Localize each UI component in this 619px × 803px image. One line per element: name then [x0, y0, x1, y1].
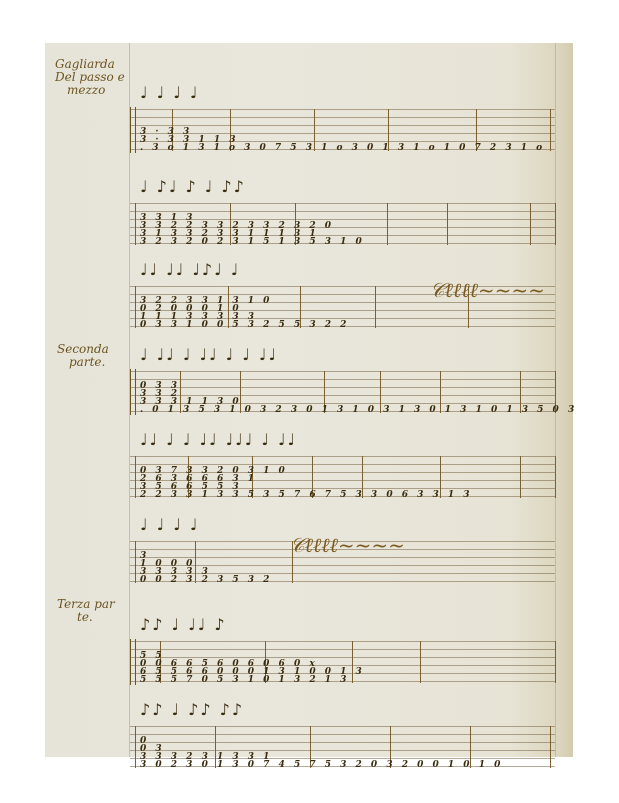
section-title-seconda-parte: Seconda parte.: [57, 343, 109, 369]
staff-line: [130, 379, 555, 380]
staff-line: [130, 456, 555, 457]
label-line: te.: [57, 611, 115, 624]
staff-line: [130, 742, 555, 743]
rhythm-signs: ♪♪ ♩ ♪♪ ♪♪: [140, 700, 244, 719]
rhythm-signs: ♩♩ ♩♩ ♩♪♩ ♩: [140, 260, 240, 279]
staff-line: [130, 387, 555, 388]
barline: [555, 456, 556, 498]
barline: [530, 203, 531, 245]
tab-fret-row: 0 0 2 3 2 3 5 3 2: [140, 576, 272, 585]
staff-line: [130, 117, 555, 118]
barline: [375, 286, 376, 328]
barline: [550, 726, 551, 768]
tablature-system: ♩ ♩ ♩ ♩3 · 3 33 · 3 3 1 1 3. 3 o 1 3 1 o…: [130, 81, 555, 161]
rhythm-signs: ♩♩ ♩ ♩ ♩♩ ♩♩♩ ♩ ♩♩: [140, 430, 297, 449]
barline: [420, 641, 421, 683]
end-flourish-ornament: 𝒞ℓℓℓℓ~~~~: [430, 278, 545, 303]
staff-line: [130, 750, 555, 751]
barline: [135, 456, 136, 498]
label-line: mezzo: [55, 84, 125, 97]
double-barline: [130, 369, 136, 415]
staff-line: [130, 211, 555, 212]
staff-line: [130, 371, 555, 372]
staff-line: [130, 395, 555, 396]
tab-fret-row: 3 2 3 2 0 2 3 1 5 1 3 5 3 1 0: [140, 238, 365, 247]
staff-line: [130, 133, 555, 134]
section-title-terza-parte: Terza par te.: [57, 598, 115, 624]
barline: [387, 203, 388, 245]
staff-line: [130, 657, 555, 658]
tablature-system: ♪♪ ♩ ♪♪ ♪♪ 00 33 3 3 2 3 1 3 3 13 0 2 3 …: [130, 698, 555, 778]
barline: [520, 456, 521, 498]
tab-fret-row: . 3 o 1 3 1 o 3 0 7 5 3 1 o 3 0 1 3 1 o …: [140, 144, 545, 153]
tab-fret-row: 5 5 5 7 0 5 3 1 0 1 3 2 1 3: [140, 676, 349, 685]
staff-line: [130, 641, 555, 642]
tablature-system: ♪♪ ♩ ♩♩ ♪5 50 0 6 6 5 6 0 6 0 6 0 x6 5 5…: [130, 613, 555, 693]
end-flourish-ornament: 𝒞ℓℓℓℓ~~~~: [290, 533, 405, 558]
tablature-system: ♩ ♪♩ ♪ ♩ ♪♪3 3 1 33 3 2 2 3 3 2 3 3 2 3 …: [130, 175, 555, 255]
tab-fret-row: 2 2 3 3 1 3 3 5 3 5 7 6 7 5 3 3 0 6 3 3 …: [140, 491, 473, 500]
staff-line: [130, 726, 555, 727]
double-barline: [130, 639, 136, 685]
rhythm-signs: ♪♪ ♩ ♩♩ ♪: [140, 615, 227, 634]
staff-line: [130, 125, 555, 126]
staff-line: [130, 734, 555, 735]
rhythm-signs: ♩ ♪♩ ♪ ♩ ♪♪: [140, 177, 246, 196]
tab-fret-row: 0 3 3 1 0 0 5 3 2 5 5 3 2 2: [140, 321, 349, 330]
staff-line: [130, 464, 555, 465]
double-barline: [130, 107, 136, 153]
barline: [135, 541, 136, 583]
barline: [135, 203, 136, 245]
tablature-system: ♩ ♩♩ ♩ ♩♩ ♩ ♩ ♩♩ 0 3 3 3 3 2 3 3 3 1 1 3…: [130, 343, 555, 423]
tab-fret-row: 3 0 2 3 0 1 3 0 7 4 5 7 5 3 2 0 3 2 0 0 …: [140, 761, 503, 770]
staff-line: [130, 649, 555, 650]
barline: [135, 286, 136, 328]
tab-fret-row: . 0 1 3 5 3 1 0 3 2 3 0 1 3 1 0 3 1 3 0 …: [140, 406, 577, 415]
barline: [447, 203, 448, 245]
barline: [135, 726, 136, 768]
label-line: parte.: [57, 356, 109, 369]
rhythm-signs: ♩ ♩ ♩ ♩: [140, 83, 199, 102]
barline: [555, 641, 556, 683]
rhythm-signs: ♩ ♩♩ ♩ ♩♩ ♩ ♩ ♩♩: [140, 345, 278, 364]
manuscript-page: Gagliarda Del passo e mezzo Seconda part…: [45, 43, 573, 757]
staff-line: [130, 109, 555, 110]
section-title-gagliarda: Gagliarda Del passo e mezzo: [55, 58, 125, 97]
staff-line: [130, 203, 555, 204]
rhythm-signs: ♩ ♩ ♩ ♩: [140, 515, 199, 534]
tablature-system: ♩♩ ♩ ♩ ♩♩ ♩♩♩ ♩ ♩♩0 3 7 3 3 2 0 3 1 02 6…: [130, 428, 555, 508]
barline: [550, 109, 551, 151]
barline: [555, 203, 556, 245]
